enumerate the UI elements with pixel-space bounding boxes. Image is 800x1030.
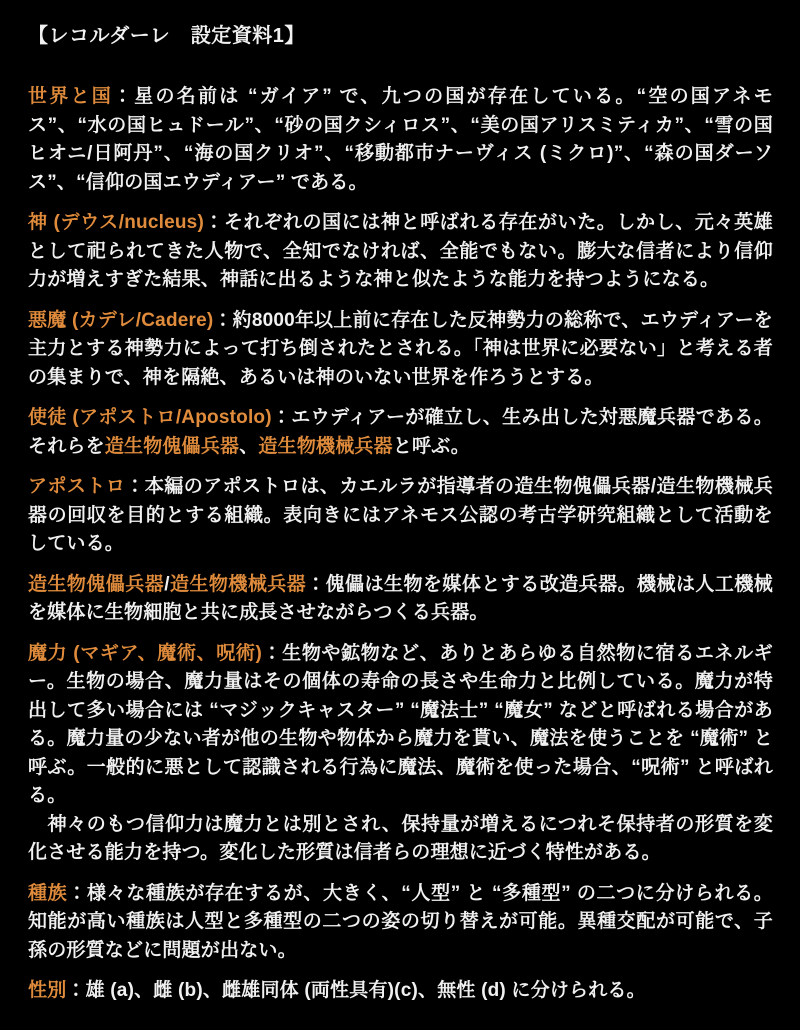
body-text: ：雄 (a)、雌 (b)、雌雄同体 (両性具有)(c)、無性 (d) に分けられ… bbox=[66, 980, 645, 1001]
accent-term-text: 性別 bbox=[28, 980, 66, 1001]
accent-term-text: 世界と国 bbox=[28, 86, 113, 107]
section-apostle-apostolo: 使徒 (アポストロ/Apostolo)：エウディアーが確立し、生み出した対悪魔兵… bbox=[28, 404, 773, 461]
accent-term-text: アポストロ bbox=[28, 476, 125, 497]
accent-term-text: 悪魔 (カデレ/Cadere) bbox=[28, 310, 213, 331]
accent-term-text: 種族 bbox=[28, 883, 67, 904]
section-world-and-countries: 世界と国：星の名前は “ガイア” で、九つの国が存在している。“空の国アネモス”… bbox=[28, 83, 773, 197]
section-god-deus: 神 (デウス/nucleus)：それぞれの国には神と呼ばれる存在がいた。しかし、… bbox=[28, 209, 773, 295]
body-text: 神々のもつ信仰力は魔力とは別とされ、保持量が増えるにつれそ保持者の形質を変化させ… bbox=[28, 814, 773, 864]
accent-term-text: 造生物機械兵器 bbox=[170, 574, 306, 595]
section-demon-cadere: 悪魔 (カデレ/Cadere)：約8000年以上前に存在した反神勢力の総称で、エ… bbox=[28, 307, 773, 393]
accent-term-text: 造生物機械兵器 bbox=[258, 436, 392, 457]
accent-term-text: 造生物傀儡兵器 bbox=[105, 436, 239, 457]
body-text: ：星の名前は “ガイア” で、九つの国が存在している。“空の国アネモス”、“水の… bbox=[28, 86, 773, 193]
body-text: ：本編のアポストロは、カエルラが指導者の造生物傀儡兵器/造生物機械兵器の回収を目… bbox=[28, 476, 773, 554]
setting-document: 【レコルダーレ 設定資料1】 世界と国：星の名前は “ガイア” で、九つの国が存… bbox=[0, 0, 800, 1030]
accent-term-text: 神 (デウス/nucleus) bbox=[28, 212, 204, 233]
section-magic-magia: 魔力 (マギア、魔術、呪術)：生物や鉱物など、ありとあらゆる自然物に宿るエネルギ… bbox=[28, 640, 773, 868]
document-page: { "colors": { "background": "#000000", "… bbox=[0, 0, 800, 1030]
body-text: 、 bbox=[239, 436, 258, 457]
body-text: ：生物や鉱物など、ありとあらゆる自然物に宿るエネルギー。生物の場合、魔力量はその… bbox=[28, 643, 773, 807]
section-apostolo-organization: アポストロ：本編のアポストロは、カエルラが指導者の造生物傀儡兵器/造生物機械兵器… bbox=[28, 473, 773, 559]
body-text: ：様々な種族が存在するが、大きく、“人型” と “多種型” の二つに分けられる。… bbox=[28, 883, 773, 961]
section-gender: 性別：雄 (a)、雌 (b)、雌雄同体 (両性具有)(c)、無性 (d) に分け… bbox=[28, 977, 773, 1006]
page-title: 【レコルダーレ 設定資料1】 bbox=[28, 22, 773, 50]
body-text: と呼ぶ。 bbox=[393, 436, 470, 457]
section-bio-puppet-machine-weapons: 造生物傀儡兵器/造生物機械兵器：傀儡は生物を媒体とする改造兵器。機械は人工機械を… bbox=[28, 571, 773, 628]
accent-term-text: 造生物傀儡兵器 bbox=[28, 574, 164, 595]
section-species: 種族：様々な種族が存在するが、大きく、“人型” と “多種型” の二つに分けられ… bbox=[28, 880, 773, 966]
accent-term-text: 魔力 (マギア、魔術、呪術) bbox=[28, 643, 262, 664]
accent-term-text: 使徒 (アポストロ/Apostolo) bbox=[28, 407, 272, 428]
